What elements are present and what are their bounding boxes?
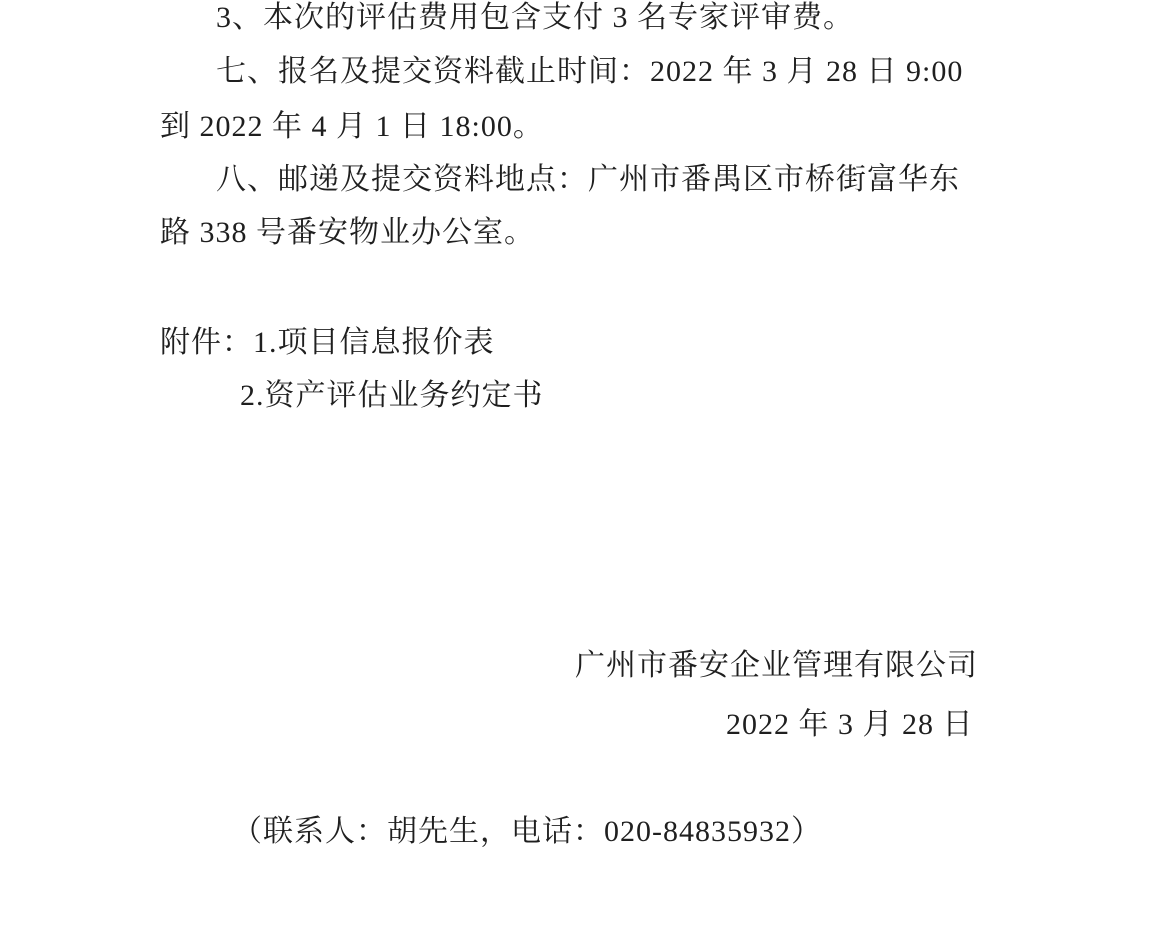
contact-info-line: （联系人：胡先生，电话：020-84835932） [232, 815, 822, 849]
attachments-line-2: 2.资产评估业务约定书 [240, 379, 544, 413]
signature-date: 2022 年 3 月 28 日 [726, 708, 974, 742]
paragraph-fee-note: 3、本次的评估费用包含支付 3 名专家评审费。 [216, 1, 854, 35]
paragraph-deadline-line-1: 七、报名及提交资料截止时间：2022 年 3 月 28 日 9:00 [216, 55, 963, 89]
document-page: 3、本次的评估费用包含支付 3 名专家评审费。 七、报名及提交资料截止时间：20… [0, 0, 1158, 930]
paragraph-address-line-2: 路 338 号番安物业办公室。 [160, 216, 535, 250]
paragraph-deadline-line-2: 到 2022 年 4 月 1 日 18:00。 [160, 110, 544, 144]
paragraph-address-line-1: 八、邮递及提交资料地点：广州市番禺区市桥街富华东 [216, 163, 960, 197]
signature-company-name: 广州市番安企业管理有限公司 [575, 649, 978, 683]
attachments-line-1: 附件：1.项目信息报价表 [160, 326, 495, 360]
